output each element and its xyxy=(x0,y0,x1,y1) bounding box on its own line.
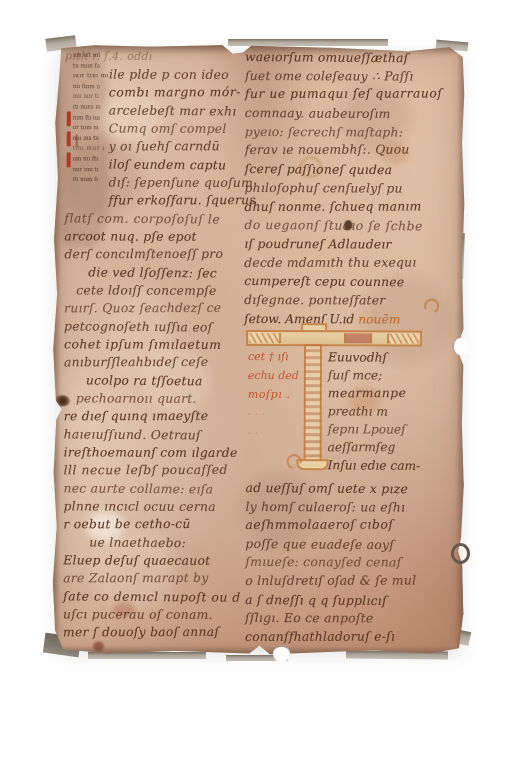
right-column-beside-initial: Euuvodhſſuıſ mce;mearmanpepreathı mſepnı… xyxy=(328,350,454,476)
text-line: · · · xyxy=(248,408,306,428)
initial-stem xyxy=(304,344,322,466)
edge-notch xyxy=(273,645,290,662)
text-line: ſepnı Lpoueſ xyxy=(328,422,454,440)
text-line: moſpı . xyxy=(248,388,306,407)
text-line: ſſlıgı. Eo ce anpoſte xyxy=(245,610,457,629)
manuscript-page: ıım ııſt nıītıı mıın ſıııuır tını mınıı … xyxy=(51,43,466,656)
text-line: Inſuı edıe cam- xyxy=(328,458,454,477)
text-line: ſuıſ mce; xyxy=(328,368,454,386)
text-line: Euuvodhſ xyxy=(328,350,454,369)
text-line: aeſſarmſeg xyxy=(328,440,454,458)
text-line: cet † ıſı xyxy=(248,350,306,370)
flourish-curl xyxy=(422,297,440,315)
text-line: ad ueſſuſ omſ uete x pıze xyxy=(245,480,457,500)
text-line: ly homſ culaeroſ: ua eſhı xyxy=(245,499,457,518)
medallion xyxy=(344,333,372,343)
text-line: poſſe que euadeſe aoyſ xyxy=(245,536,457,556)
text-line: conanſfhathladoruſ e-ſı xyxy=(245,628,457,647)
mount-sliver xyxy=(228,39,388,46)
text-line: · · xyxy=(248,427,306,446)
text-line: ſmıueſe: conayſed cenaſ xyxy=(245,554,457,573)
text-line: o lnluſdretıſ oſad & ſe mul xyxy=(245,572,457,591)
interlace-cap xyxy=(249,333,281,343)
text-line: mearmanpe xyxy=(328,386,454,404)
right-column-bottom: ad ueſſuſ omſ uete x pızely homſ culaero… xyxy=(245,480,458,648)
interlace-cap xyxy=(387,333,419,343)
text-line: a ſ dneſſı q q ſupplıcıſ xyxy=(245,592,457,612)
text-line: aeſhmmolaaeroſ cıboſ xyxy=(245,517,457,536)
edge-notch xyxy=(452,338,469,355)
edge-clip-ring xyxy=(451,543,470,564)
rubric-lines: cet † ıſıechu dedmoſpı .· · ·· · xyxy=(248,350,306,446)
text-line: echu ded xyxy=(248,369,306,388)
initial-crossbar xyxy=(246,330,422,347)
manuscript-photo: ıım ııſt nıītıı mıın ſıııuır tını mınıı … xyxy=(0,0,510,766)
text-line: preathı m xyxy=(328,404,454,423)
